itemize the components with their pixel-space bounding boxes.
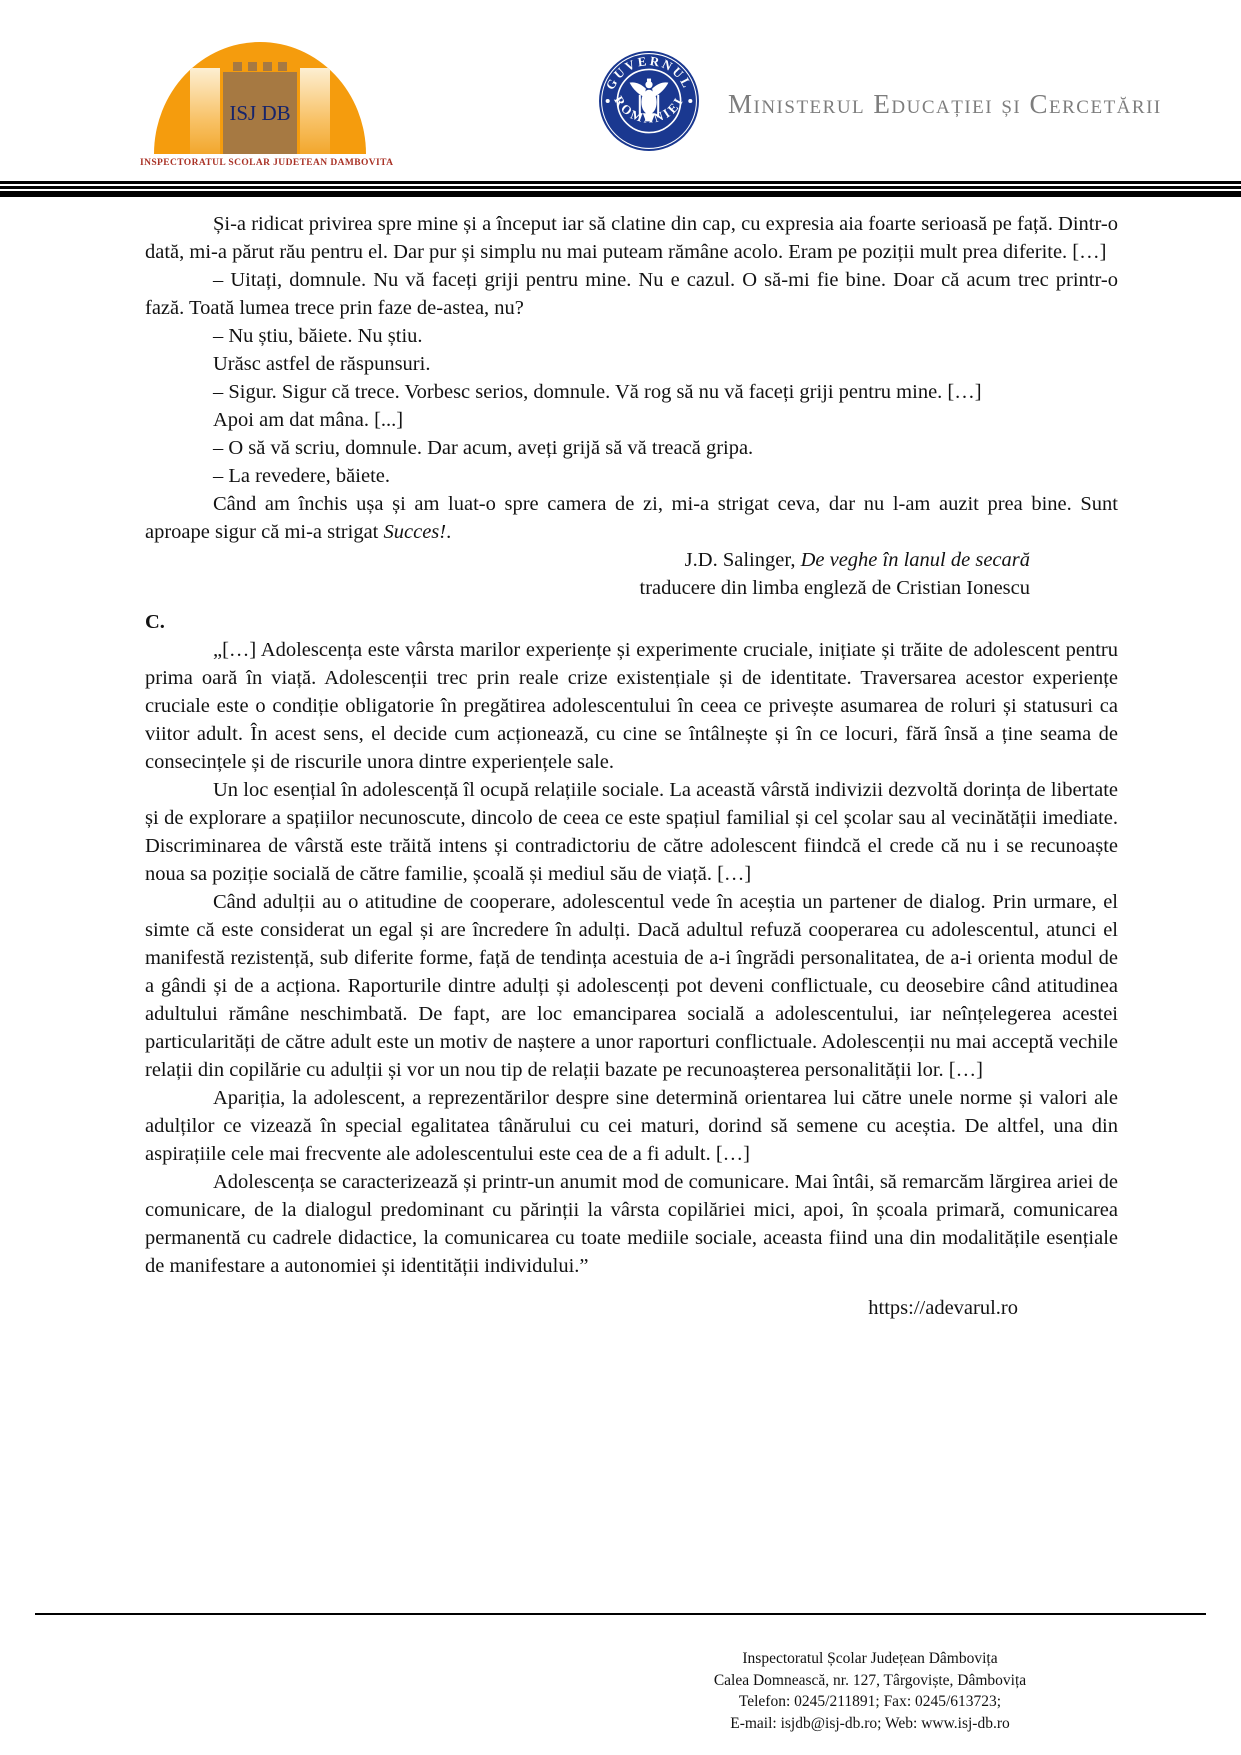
government-seal-icon: GUVERNUL ROMÂNIEI (598, 50, 700, 152)
tower-battlements (233, 62, 287, 71)
document-body: Și-a ridicat privirea spre mine și a înc… (0, 197, 1241, 1322)
dialogue-line-6: – O să vă scriu, domnule. Dar acum, aveț… (145, 434, 1118, 462)
isj-label: INSPECTORATUL SCOLAR JUDETEAN DAMBOVITA (140, 158, 380, 168)
dialogue-line-3: Urăsc astfel de răspunsuri. (145, 350, 1118, 378)
footer-divider (35, 1613, 1206, 1615)
footer-contact-block: Inspectoratul Școlar Județean Dâmbovița … (590, 1648, 1150, 1734)
dialogue-line-1: – Uitați, domnule. Nu vă faceți griji pe… (145, 266, 1118, 322)
text-c-paragraph-2: Un loc esențial în adolescență îl ocupă … (145, 776, 1118, 888)
dialogue-line-5: Apoi am dat mâna. [...] (145, 406, 1118, 434)
letterhead: ISJ DB INSPECTORATUL SCOLAR JUDETEAN DAM… (0, 0, 1241, 181)
salinger-paragraph-2: Când am închis ușa și am luat-o spre cam… (145, 490, 1118, 546)
isj-acronym: ISJ DB (154, 101, 366, 126)
text-c-paragraph-1: „[…] Adolescența este vârsta marilor exp… (145, 636, 1118, 776)
isj-db-logo-icon: ISJ DB INSPECTORATUL SCOLAR JUDETEAN DAM… (140, 42, 380, 168)
footer-email-web: E-mail: isjdb@isj-db.ro; Web: www.isj-db… (590, 1713, 1150, 1735)
attribution-author-title: J.D. Salinger, De veghe în lanul de seca… (145, 546, 1118, 574)
header-divider (0, 181, 1241, 197)
ministry-title: Ministerul Educației și Cercetării (728, 89, 1162, 120)
footer-institution: Inspectoratul Școlar Județean Dâmbovița (590, 1648, 1150, 1670)
dialogue-line-7: – La revedere, băiete. (145, 462, 1118, 490)
government-branding: GUVERNUL ROMÂNIEI Minister (598, 50, 1162, 152)
footer-phone-fax: Telefon: 0245/211891; Fax: 0245/613723; (590, 1691, 1150, 1713)
text-c-paragraph-4: Apariția, la adolescent, a reprezentăril… (145, 1084, 1118, 1168)
salinger-paragraph-1: Și-a ridicat privirea spre mine și a înc… (145, 210, 1118, 266)
attribution-translator: traducere din limba engleză de Cristian … (145, 574, 1118, 602)
dialogue-line-4: – Sigur. Sigur că trece. Vorbesc serios,… (145, 378, 1118, 406)
source-url: https://adevarul.ro (145, 1294, 1118, 1322)
text-c-paragraph-3: Când adulții au o atitudine de cooperare… (145, 888, 1118, 1084)
book-title-italic: De veghe în lanul de secară (801, 549, 1030, 571)
text-c-paragraph-5: Adolescența se caracterizează și printr-… (145, 1168, 1118, 1280)
document-page: ISJ DB INSPECTORATUL SCOLAR JUDETEAN DAM… (0, 0, 1241, 1755)
isj-dome-icon: ISJ DB (154, 42, 366, 154)
section-c-label: C. (145, 608, 1118, 636)
shouted-word-italic: Succes! (384, 521, 447, 543)
footer-address: Calea Domnească, nr. 127, Târgoviște, Dâ… (590, 1670, 1150, 1692)
dialogue-line-2: – Nu știu, băiete. Nu știu. (145, 322, 1118, 350)
